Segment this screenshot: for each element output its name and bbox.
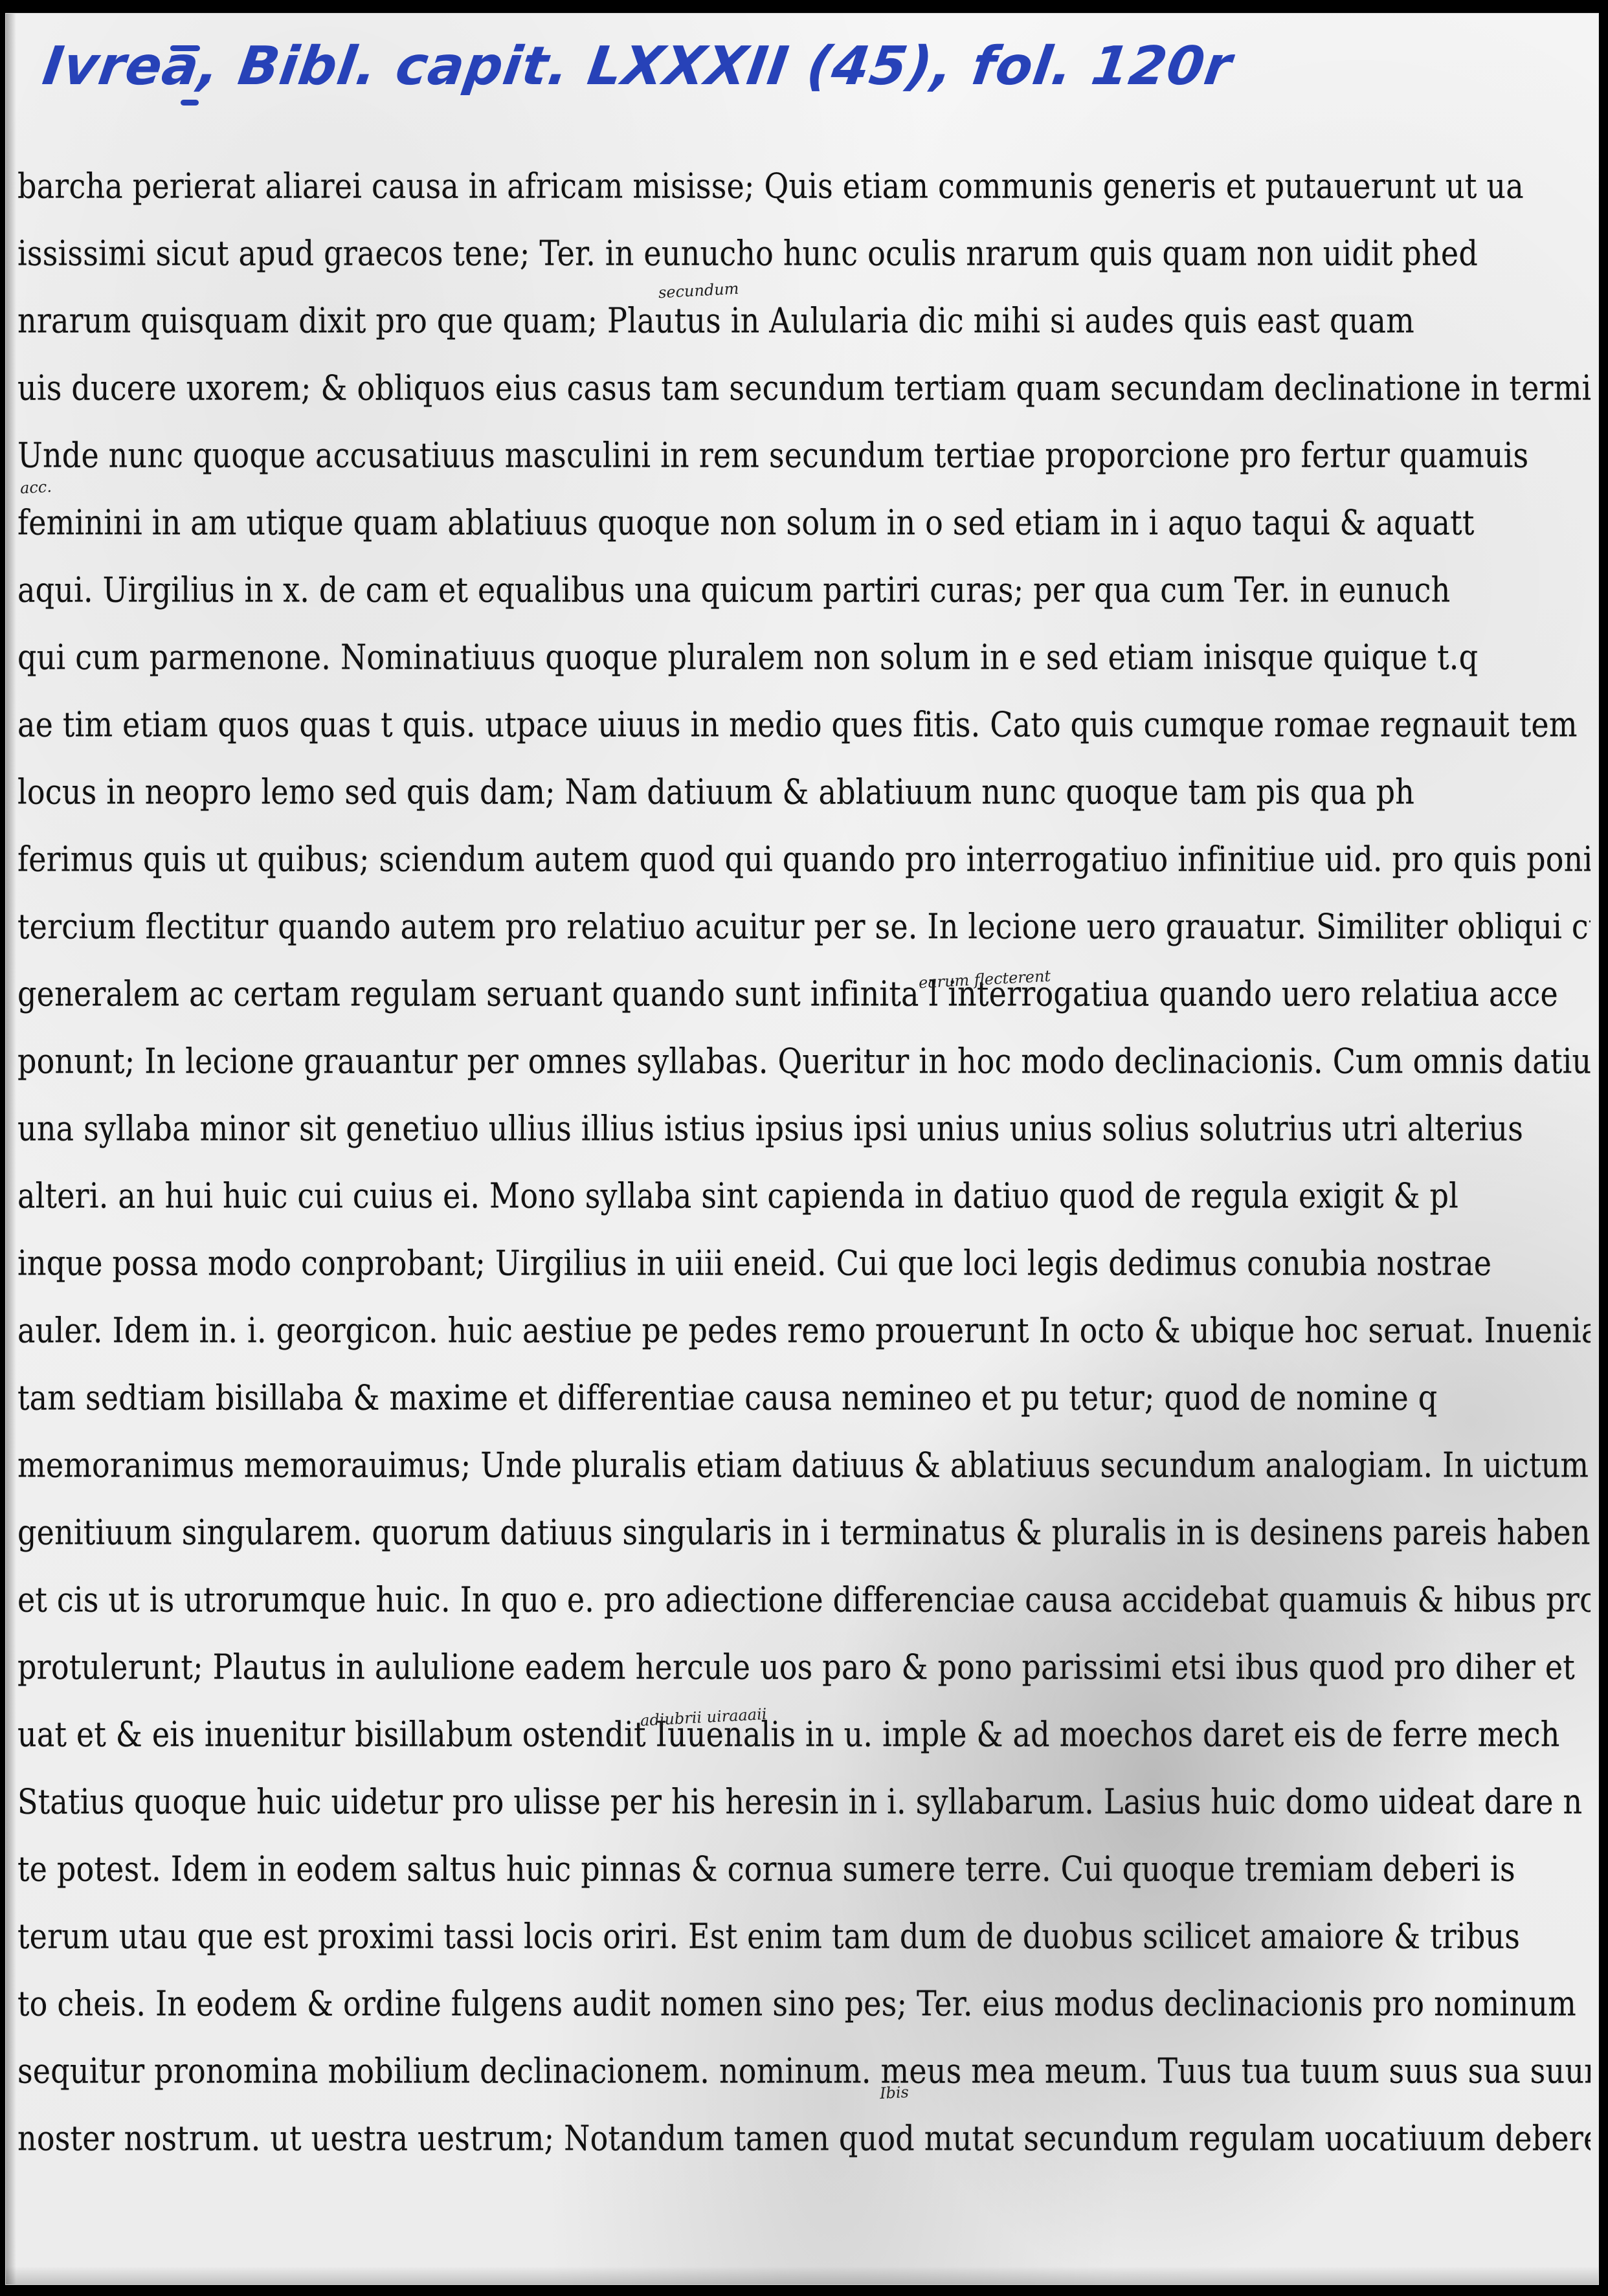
manuscript-line-4: uis ducere uxorem; & obliquos eius casus… — [17, 349, 1591, 427]
manuscript-line-10: locus in neopro lemo sed quis dam; Nam d… — [17, 753, 1591, 830]
manuscript-text-block: barcha perierat aliarei causa in africam… — [17, 152, 1591, 2172]
manuscript-line-1: barcha perierat aliarei causa in africam… — [17, 147, 1591, 225]
manuscript-line-15: una syllaba minor sit genetiuo ullius il… — [17, 1089, 1591, 1167]
roman-numeral-overline — [170, 45, 200, 51]
manuscript-line-14: ponunt; In lecione grauantur per omnes s… — [17, 1022, 1591, 1100]
manuscript-line-25: Statius quoque huic uidetur pro ulisse p… — [17, 1763, 1591, 1840]
shelfmark-label: Ivrea, Bibl. capit. LXXXII (45), fol. 12… — [39, 36, 1236, 97]
manuscript-line-2: ississimi sicut apud graecos tene; Ter. … — [17, 214, 1591, 292]
manuscript-line-5: Unde nunc quoque accusatiuus masculini i… — [17, 416, 1591, 494]
interlinear-gloss: secundum — [658, 281, 739, 300]
manuscript-line-30: noster nostrum. ut uestra uestrum; Notan… — [17, 2099, 1591, 2177]
manuscript-line-21: genitiuum singularem. quorum datiuus sin… — [17, 1493, 1591, 1571]
page-bottom-shadow — [6, 2266, 1598, 2284]
manuscript-line-9: ae tim etiam quos quas t quis. utpace ui… — [17, 685, 1591, 763]
manuscript-line-3: nrarum quisquam dixit pro que quam; Plau… — [17, 282, 1591, 359]
manuscript-line-18: auler. Idem in. i. georgicon. huic aesti… — [17, 1291, 1591, 1369]
manuscript-line-22: et cis ut is utrorumque huic. In quo e. … — [17, 1561, 1591, 1638]
page-edge-shadow — [6, 14, 16, 2284]
manuscript-line-24: uat et & eis inuenitur bisillabum ostend… — [17, 1695, 1591, 1773]
interlinear-gloss: Ibis — [879, 2084, 909, 2101]
manuscript-line-26: te potest. Idem in eodem saltus huic pin… — [17, 1830, 1591, 1908]
interlinear-gloss: acc. — [19, 479, 52, 496]
manuscript-line-12: tercium flectitur quando autem pro relat… — [17, 887, 1591, 965]
manuscript-line-29: sequitur pronomina mobilium declinacione… — [17, 2032, 1591, 2110]
manuscript-line-16: alteri. an hui huic cui cuius ei. Mono s… — [17, 1157, 1591, 1234]
manuscript-line-8: qui cum parmenone. Nominatiuus quoque pl… — [17, 618, 1591, 696]
manuscript-line-28: to cheis. In eodem & ordine fulgens audi… — [17, 1965, 1591, 2042]
manuscript-line-20: memoranimus memorauimus; Unde pluralis e… — [17, 1426, 1591, 1504]
roman-numeral-underline — [181, 100, 199, 106]
manuscript-line-7: aqui. Uirgilius in x. de cam et equalibu… — [17, 551, 1591, 629]
manuscript-line-17: inque possa modo conprobant; Uirgilius i… — [17, 1224, 1591, 1302]
manuscript-line-13: generalem ac certam regulam seruant quan… — [17, 955, 1591, 1032]
manuscript-line-19: tam sedtiam bisillaba & maxime et differ… — [17, 1359, 1591, 1436]
manuscript-line-27: terum utau que est proximi tassi locis o… — [17, 1897, 1591, 1975]
manuscript-line-11: ferimus quis ut quibus; sciendum autem q… — [17, 820, 1591, 898]
manuscript-line-6: feminini in am utique quam ablatiuus quo… — [17, 484, 1591, 561]
manuscript-page: Ivrea, Bibl. capit. LXXXII (45), fol. 12… — [5, 13, 1599, 2285]
manuscript-line-23: protulerunt; Plautus in aululione eadem … — [17, 1628, 1591, 1706]
